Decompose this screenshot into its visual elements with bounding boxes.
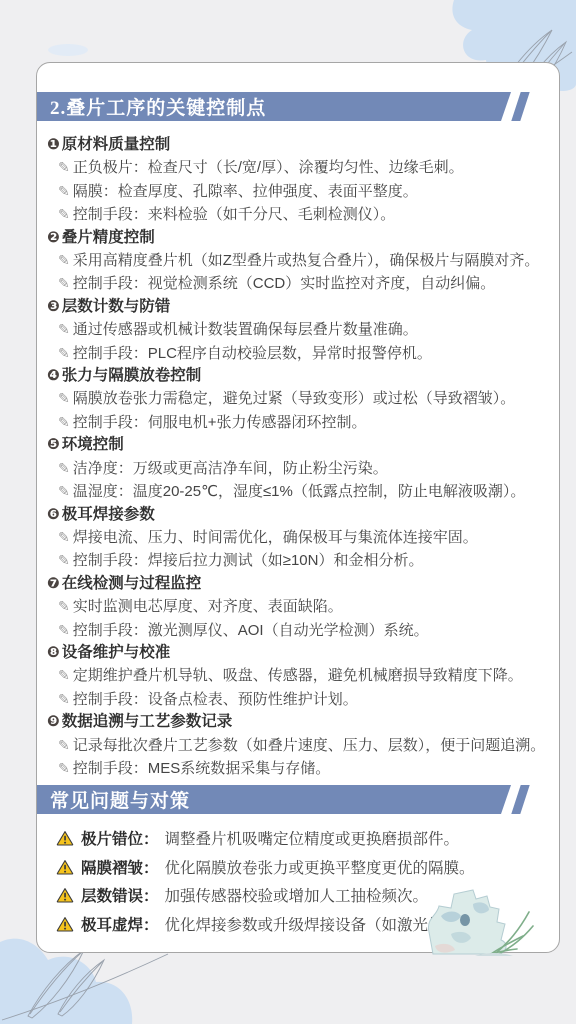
section-heading: ❹张力与隔膜放卷控制 xyxy=(47,365,549,387)
paint-smudge-decoration xyxy=(48,44,88,56)
bullet-text: 控制手段：激光测厚仪、AOI（自动光学检测）系统。 xyxy=(73,622,429,639)
section-title: 数据追溯与工艺参数记录 xyxy=(62,713,233,730)
pencil-icon: ✎ xyxy=(58,483,70,499)
bullet-line: ✎控制手段：来料检验（如千分尺、毛刺检测仪）。 xyxy=(47,203,549,226)
bullet-text: 正负极片：检查尺寸（长/宽/厚）、涂覆均匀性、边缘毛刺。 xyxy=(73,159,464,176)
bullet-text: 控制手段：伺服电机+张力传感器闭环控制。 xyxy=(73,414,367,431)
bullet-text: 隔膜：检查厚度、孔隙率、拉伸强度、表面平整度。 xyxy=(73,183,418,200)
bullet-text: 温湿度：温度20-25℃，湿度≤1%（低露点控制，防止电解液吸潮）。 xyxy=(73,483,526,500)
pencil-icon: ✎ xyxy=(58,275,70,291)
pencil-icon: ✎ xyxy=(58,691,70,707)
bullet-line: ✎控制手段：视觉检测系统（CCD）实时监控对齐度，自动纠偏。 xyxy=(47,272,549,295)
section-number-badge: ❸ xyxy=(47,298,60,315)
section-number-badge: ❼ xyxy=(47,575,60,592)
pencil-icon: ✎ xyxy=(58,598,70,614)
section-title: 极耳焊接参数 xyxy=(62,506,155,523)
control-point-section: ❺环境控制✎洁净度：万级或更高洁净车间，防止粉尘污染。✎温湿度：温度20-25℃… xyxy=(47,434,549,503)
section-title: 叠片精度控制 xyxy=(62,229,155,246)
section-heading: ❽设备维护与校准 xyxy=(47,642,549,664)
bullet-text: 实时监测电芯厚度、对齐度、表面缺陷。 xyxy=(73,598,343,615)
problem-label: 层数错误： xyxy=(81,884,159,906)
bullet-line: ✎控制手段：MES系统数据采集与存储。 xyxy=(47,757,549,780)
bullet-line: ✎隔膜：检查厚度、孔隙率、拉伸强度、表面平整度。 xyxy=(47,180,549,203)
section-number-badge: ❹ xyxy=(47,367,60,384)
bullet-line: ✎正负极片：检查尺寸（长/宽/厚）、涂覆均匀性、边缘毛刺。 xyxy=(47,156,549,179)
bullet-line: ✎焊接电流、压力、时间需优化，确保极耳与集流体连接牢固。 xyxy=(47,526,549,549)
bullet-line: ✎实时监测电芯厚度、对齐度、表面缺陷。 xyxy=(47,595,549,618)
pencil-icon: ✎ xyxy=(58,622,70,638)
bullet-text: 控制手段：来料检验（如千分尺、毛刺检测仪）。 xyxy=(73,206,396,223)
bullet-line: ✎控制手段：激光测厚仪、AOI（自动光学检测）系统。 xyxy=(47,619,549,642)
header-bar-accent-stripe xyxy=(511,785,529,814)
pencil-icon: ✎ xyxy=(58,252,70,268)
rock-illustration xyxy=(417,886,535,958)
pencil-icon: ✎ xyxy=(58,159,70,175)
warning-icon xyxy=(56,859,74,875)
section-heading: ❷叠片精度控制 xyxy=(47,227,549,249)
section-title: 原材料质量控制 xyxy=(62,136,171,153)
bullet-text: 控制手段：视觉检测系统（CCD）实时监控对齐度，自动纠偏。 xyxy=(73,275,496,292)
bullet-text: 定期维护叠片机导轨、吸盘、传感器，避免机械磨损导致精度下降。 xyxy=(73,667,523,684)
bullet-text: 洁净度：万级或更高洁净车间，防止粉尘污染。 xyxy=(73,460,388,477)
section-header-problems: 常见问题与对策 xyxy=(37,785,525,814)
control-point-section: ❷叠片精度控制✎采用高精度叠片机（如Z型叠片或热复合叠片），确保极片与隔膜对齐。… xyxy=(47,227,549,296)
section-header-control-points: 2.叠片工序的关键控制点 xyxy=(37,92,525,121)
problem-text: 调整叠片机吸嘴定位精度或更换磨损部件。 xyxy=(165,827,460,849)
header-bar-accent-stripe xyxy=(511,92,529,121)
bullet-line: ✎控制手段：设备点检表、预防性维护计划。 xyxy=(47,688,549,711)
bullet-text: 控制手段：焊接后拉力测试（如≥10N）和金相分析。 xyxy=(73,552,424,569)
pencil-icon: ✎ xyxy=(58,737,70,753)
problem-label: 隔膜褶皱： xyxy=(81,856,159,878)
bullet-line: ✎控制手段：焊接后拉力测试（如≥10N）和金相分析。 xyxy=(47,549,549,572)
pencil-icon: ✎ xyxy=(58,760,70,776)
pencil-icon: ✎ xyxy=(58,460,70,476)
section-title: 环境控制 xyxy=(62,436,124,453)
section-title: 在线检测与过程监控 xyxy=(62,575,202,592)
pencil-icon: ✎ xyxy=(58,414,70,430)
section-heading: ❾数据追溯与工艺参数记录 xyxy=(47,711,549,733)
section-number-badge: ❺ xyxy=(47,436,60,453)
section-number-badge: ❽ xyxy=(47,644,60,661)
bullet-text: 记录每批次叠片工艺参数（如叠片速度、压力、层数），便于问题追溯。 xyxy=(73,737,546,754)
pencil-icon: ✎ xyxy=(58,529,70,545)
bullet-line: ✎隔膜放卷张力需稳定，避免过紧（导致变形）或过松（导致褶皱）。 xyxy=(47,387,549,410)
section-heading: ❶原材料质量控制 xyxy=(47,134,549,156)
section-header-title: 2.叠片工序的关键控制点 xyxy=(37,93,266,120)
bullet-line: ✎记录每批次叠片工艺参数（如叠片速度、压力、层数），便于问题追溯。 xyxy=(47,734,549,757)
pencil-icon: ✎ xyxy=(58,390,70,406)
control-point-section: ❶原材料质量控制✎正负极片：检查尺寸（长/宽/厚）、涂覆均匀性、边缘毛刺。✎隔膜… xyxy=(47,134,549,227)
page: 2.叠片工序的关键控制点 ❶原材料质量控制✎正负极片：检查尺寸（长/宽/厚）、涂… xyxy=(0,0,576,1024)
problem-row: 极片错位：调整叠片机吸嘴定位精度或更换磨损部件。 xyxy=(56,824,482,853)
section-heading: ❻极耳焊接参数 xyxy=(47,504,549,526)
problem-text: 优化隔膜放卷张力或更换平整度更优的隔膜。 xyxy=(165,856,475,878)
control-point-section: ❹张力与隔膜放卷控制✎隔膜放卷张力需稳定，避免过紧（导致变形）或过松（导致褶皱）… xyxy=(47,365,549,434)
header-bar: 2.叠片工序的关键控制点 xyxy=(37,92,511,121)
pencil-icon: ✎ xyxy=(58,345,70,361)
header-bar: 常见问题与对策 xyxy=(37,785,511,814)
problem-text: 加强传感器校验或增加人工抽检频次。 xyxy=(165,884,429,906)
bullet-text: 通过传感器或机械计数装置确保每层叠片数量准确。 xyxy=(73,321,418,338)
problem-label: 极片错位： xyxy=(81,827,159,849)
section-title: 层数计数与防错 xyxy=(62,298,171,315)
bullet-line: ✎通过传感器或机械计数装置确保每层叠片数量准确。 xyxy=(47,318,549,341)
bullet-line: ✎采用高精度叠片机（如Z型叠片或热复合叠片），确保极片与隔膜对齐。 xyxy=(47,249,549,272)
control-point-section: ❾数据追溯与工艺参数记录✎记录每批次叠片工艺参数（如叠片速度、压力、层数），便于… xyxy=(47,711,549,780)
content-card: 2.叠片工序的关键控制点 ❶原材料质量控制✎正负极片：检查尺寸（长/宽/厚）、涂… xyxy=(36,62,560,953)
control-point-section: ❼在线检测与过程监控✎实时监测电芯厚度、对齐度、表面缺陷。✎控制手段：激光测厚仪… xyxy=(47,573,549,642)
bullet-line: ✎控制手段：PLC程序自动校验层数，异常时报警停机。 xyxy=(47,342,549,365)
bullet-text: 焊接电流、压力、时间需优化，确保极耳与集流体连接牢固。 xyxy=(73,529,478,546)
pencil-icon: ✎ xyxy=(58,321,70,337)
control-point-section: ❽设备维护与校准✎定期维护叠片机导轨、吸盘、传感器，避免机械磨损导致精度下降。✎… xyxy=(47,642,549,711)
bullet-text: 控制手段：设备点检表、预防性维护计划。 xyxy=(73,691,358,708)
warning-icon xyxy=(56,830,74,846)
bullet-line: ✎洁净度：万级或更高洁净车间，防止粉尘污染。 xyxy=(47,457,549,480)
section-title: 张力与隔膜放卷控制 xyxy=(62,367,202,384)
problem-row: 隔膜褶皱：优化隔膜放卷张力或更换平整度更优的隔膜。 xyxy=(56,853,482,882)
warning-icon xyxy=(56,887,74,903)
pencil-icon: ✎ xyxy=(58,667,70,683)
bullet-text: 控制手段：MES系统数据采集与存储。 xyxy=(73,760,331,777)
bullet-text: 控制手段：PLC程序自动校验层数，异常时报警停机。 xyxy=(73,345,432,362)
section-number-badge: ❾ xyxy=(47,713,60,730)
section-number-badge: ❶ xyxy=(47,136,60,153)
section-heading: ❼在线检测与过程监控 xyxy=(47,573,549,595)
section-heading: ❸层数计数与防错 xyxy=(47,296,549,318)
section-header-title: 常见问题与对策 xyxy=(37,786,190,813)
bullet-line: ✎定期维护叠片机导轨、吸盘、传感器，避免机械磨损导致精度下降。 xyxy=(47,664,549,687)
section-heading: ❺环境控制 xyxy=(47,434,549,456)
bullet-line: ✎温湿度：温度20-25℃，湿度≤1%（低露点控制，防止电解液吸潮）。 xyxy=(47,480,549,503)
section-number-badge: ❻ xyxy=(47,506,60,523)
bullet-line: ✎控制手段：伺服电机+张力传感器闭环控制。 xyxy=(47,411,549,434)
section-title: 设备维护与校准 xyxy=(62,644,171,661)
problem-label: 极耳虚焊： xyxy=(81,913,159,935)
control-point-section: ❸层数计数与防错✎通过传感器或机械计数装置确保每层叠片数量准确。✎控制手段：PL… xyxy=(47,296,549,365)
pencil-icon: ✎ xyxy=(58,183,70,199)
section-number-badge: ❷ xyxy=(47,229,60,246)
warning-icon xyxy=(56,916,74,932)
bullet-text: 采用高精度叠片机（如Z型叠片或热复合叠片），确保极片与隔膜对齐。 xyxy=(73,252,540,269)
pencil-icon: ✎ xyxy=(58,552,70,568)
pencil-icon: ✎ xyxy=(58,206,70,222)
control-point-section: ❻极耳焊接参数✎焊接电流、压力、时间需优化，确保极耳与集流体连接牢固。✎控制手段… xyxy=(47,504,549,573)
bullet-text: 隔膜放卷张力需稳定，避免过紧（导致变形）或过松（导致褶皱）。 xyxy=(73,390,516,407)
control-points-list: ❶原材料质量控制✎正负极片：检查尺寸（长/宽/厚）、涂覆均匀性、边缘毛刺。✎隔膜… xyxy=(47,134,549,780)
